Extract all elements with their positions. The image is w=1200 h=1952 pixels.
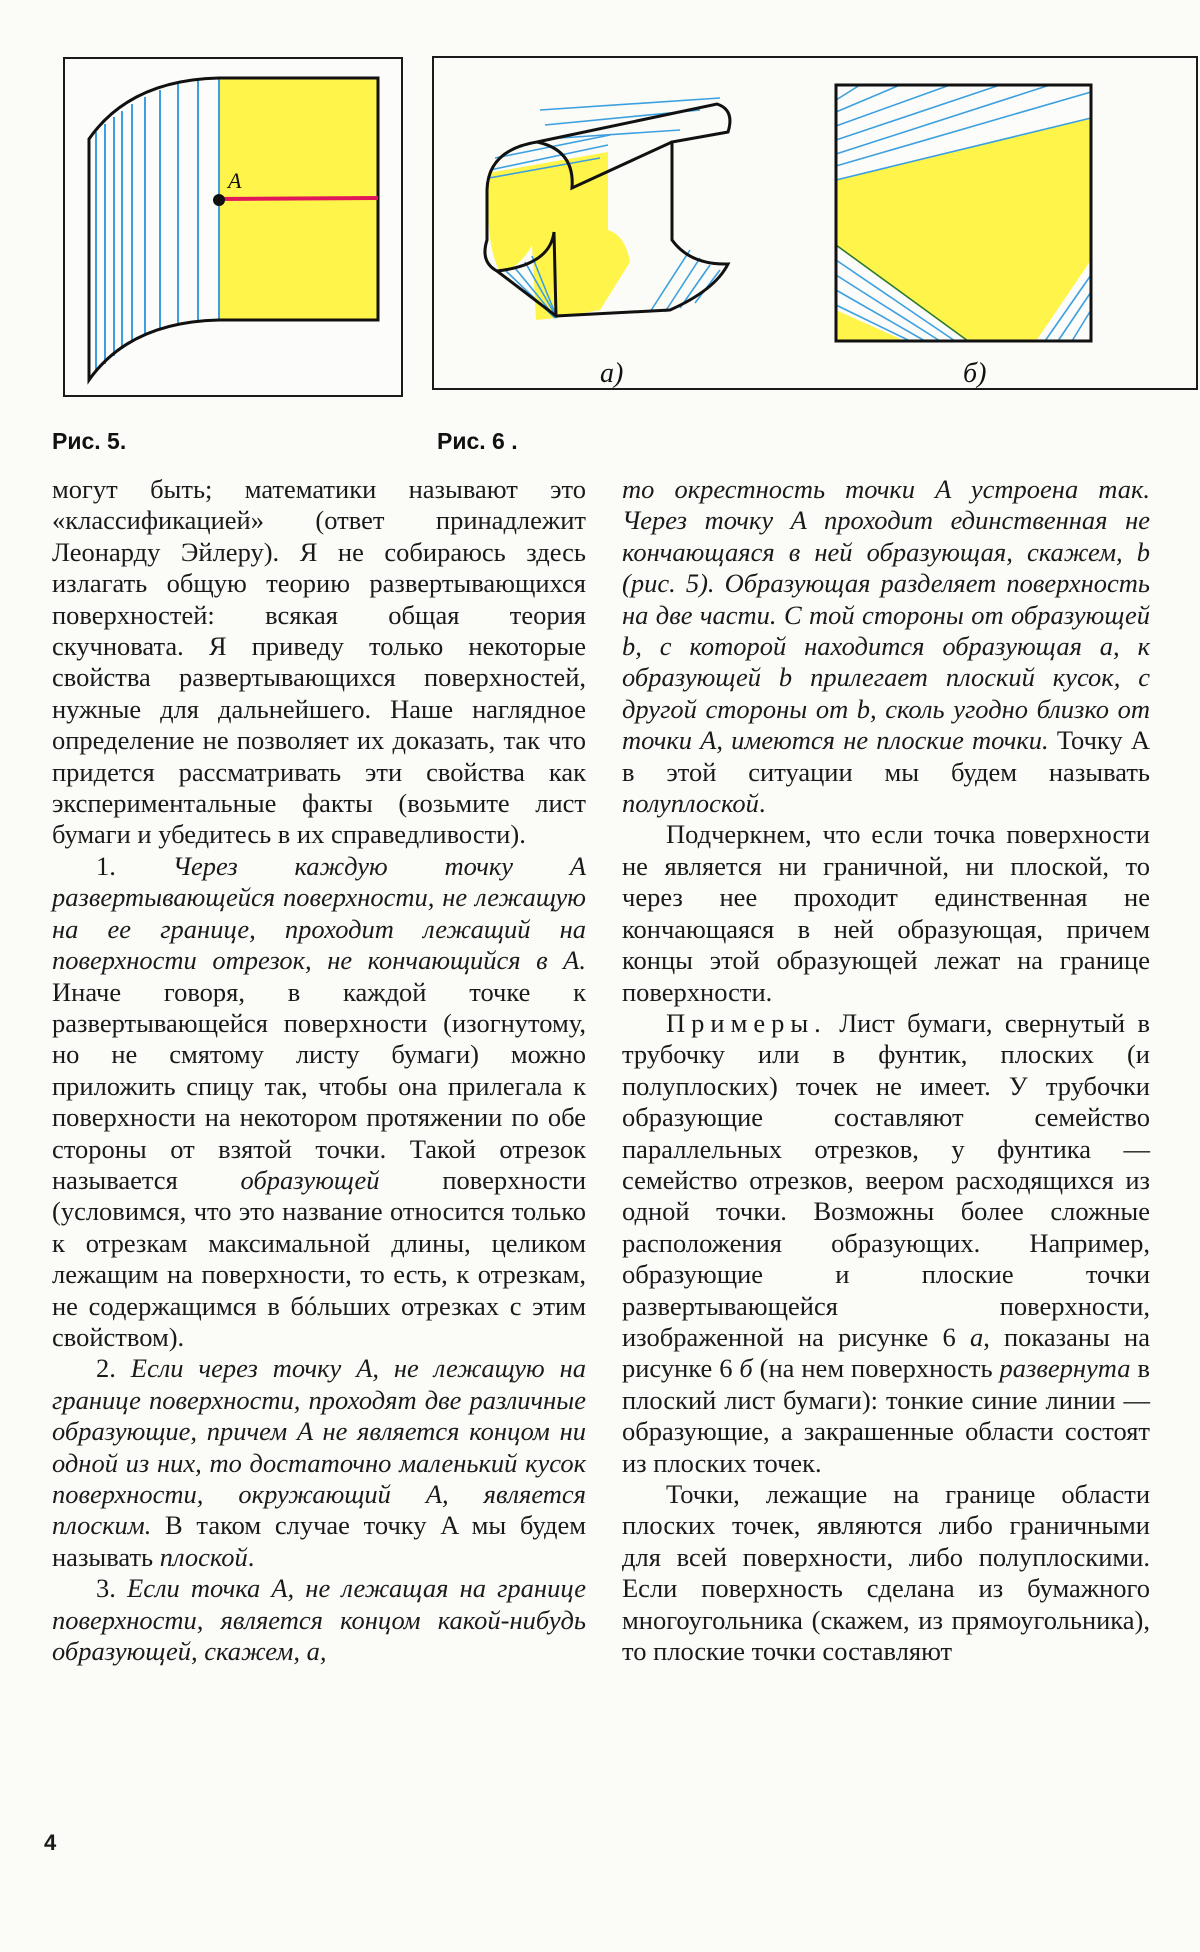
- right-column: то окрестность точки A устроена так. Чер…: [622, 474, 1150, 1667]
- examples-heading: Примеры.: [666, 1008, 827, 1038]
- figure-5-drawing: [89, 78, 378, 380]
- property-number: 1.: [96, 851, 116, 881]
- figure-6-frame: [432, 56, 1198, 390]
- paragraph-intro: могут быть; математики называют это «кла…: [52, 474, 586, 851]
- paragraph-examples: Примеры. Лист бумаги, свернутый в трубоч…: [622, 1008, 1150, 1479]
- term-semi-flat: полуплоской: [622, 788, 759, 818]
- property-statement: Через каждую точку A развертывающейся по…: [52, 851, 586, 975]
- property-explanation: Иначе говоря, в каждой точке к развертыв…: [52, 977, 586, 1195]
- paragraph-property-1: 1. Через каждую точку A развертывающейся…: [52, 851, 586, 1354]
- figure-6a-label: а): [600, 358, 623, 390]
- paragraph-emphasis: Подчеркнем, что если точка поверхности н…: [622, 819, 1150, 1007]
- page-number: 4: [44, 1830, 56, 1856]
- figure-ref-6a: а: [970, 1322, 983, 1352]
- paragraph-property-3-cont: то окрестность точки A устроена так. Чер…: [622, 474, 1150, 819]
- property-statement: Если точка A, не лежащая на границе пове…: [52, 1573, 586, 1666]
- figure-ref-6b: б: [739, 1353, 752, 1383]
- term-flat: плоской: [160, 1542, 248, 1572]
- figure-6b-label: б): [963, 358, 986, 390]
- property-explanation-cont: .: [248, 1542, 255, 1572]
- figure-5-point-label: A: [228, 168, 241, 194]
- examples-text-3: (на нем поверхность: [753, 1353, 1000, 1383]
- property-explanation-cont: .: [759, 788, 766, 818]
- figure-6-caption: Рис. 6 .: [437, 428, 518, 455]
- property-number: 3.: [96, 1573, 116, 1603]
- property-number: 2.: [96, 1353, 116, 1383]
- left-column: могут быть; математики называют это «кла…: [52, 474, 586, 1667]
- paragraph-property-2: 2. Если через точку A, не лежащую на гра…: [52, 1353, 586, 1573]
- term-generator: образующей: [241, 1165, 380, 1195]
- paragraph-boundary: Точки, лежащие на границе области плоски…: [622, 1479, 1150, 1667]
- figure-5-caption: Рис. 5.: [52, 428, 126, 455]
- paragraph-property-3: 3. Если точка A, не лежащая на границе п…: [52, 1573, 586, 1667]
- term-unfolded: развернута: [1000, 1353, 1131, 1383]
- examples-text: Лист бумаги, свернутый в трубочку или в …: [622, 1008, 1150, 1352]
- property-statement-cont: то окрестность точки A устроена так. Чер…: [622, 474, 1150, 755]
